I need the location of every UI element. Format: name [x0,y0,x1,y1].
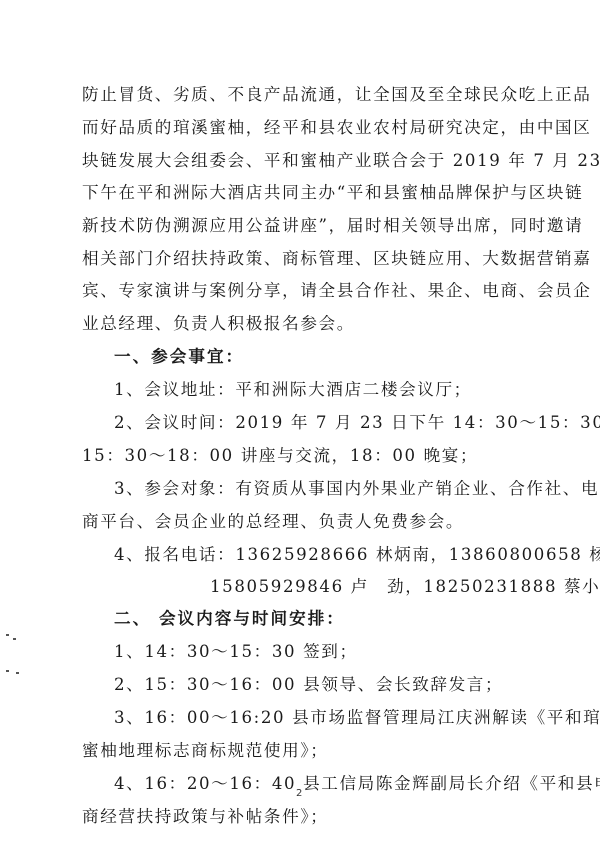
list-item-participants: 3、参会对象：有资质从事国内外果业产销企业、合作社、电 [114,478,586,500]
agenda-item-opening-speech: 2、15：30～16：00 县领导、会长致辞发言； [114,674,586,696]
paragraph-line: 块链发展大会组委会、平和蜜柚产业联合会于 2019 年 7 月 23 日 [82,150,554,172]
agenda-item-ecommerce-policy-continued: 商经营扶持政策与补帖条件》； [82,806,554,828]
list-item-participants-continued: 商平台、会员企业的总经理、负责人免费参会。 [82,511,554,533]
paragraph-line: 宾、专家演讲与案例分享，请全县合作社、果企、电商、会员企 [82,280,554,302]
paragraph-line: 防止冒货、劣质、不良产品流通，让全国及至全球民众吃上正品 [82,84,554,106]
paragraph-line: 相关部门介绍扶持政策、商标管理、区块链应用、大数据营销嘉 [82,248,554,270]
section-heading-agenda: 二、 会议内容与时间安排： [114,608,586,630]
scan-speck [16,672,19,674]
agenda-item-signin: 1、14：30～15：30 签到； [114,641,586,663]
list-item-registration-phone-continued: 15805929846 卢 劲，18250231888 蔡小河。 [210,576,600,598]
scan-speck [6,634,9,636]
list-item-time-continued: 15：30～18：00 讲座与交流，18：00 晚宴； [82,445,554,467]
paragraph-line: 业总经理、负责人积极报名参会。 [82,313,554,335]
paragraph-line: 而好品质的琯溪蜜柚，经平和县农业农村局研究决定，由中国区 [82,117,554,139]
paragraph-line: 新技术防伪溯源应用公益讲座”，届时相关领导出席，同时邀请 [82,215,554,237]
page-number: 2 [296,788,302,799]
paragraph-line: 下午在平和洲际大酒店共同主办“平和县蜜柚品牌保护与区块链 [82,182,554,204]
agenda-item-trademark-talk: 3、16：00～16:20 县市场监督管理局江庆洲解读《平和琯溪 [114,707,586,729]
agenda-item-ecommerce-policy: 4、16：20～16：40 县工信局陈金辉副局长介绍《平和县电 [114,773,586,795]
scan-speck [6,670,9,672]
agenda-item-trademark-talk-continued: 蜜柚地理标志商标规范使用》； [82,740,554,762]
document-page: 防止冒货、劣质、不良产品流通，让全国及至全球民众吃上正品 而好品质的琯溪蜜柚，经… [0,0,600,848]
list-item-registration-phone: 4、报名电话：13625928666 林炳南，13860800658 杨志峰， [114,544,586,566]
section-heading-attendance: 一、参会事宜： [114,346,586,368]
list-item-venue: 1、会议地址：平和洲际大酒店二楼会议厅； [114,379,586,401]
scan-speck [13,638,16,640]
list-item-time: 2、会议时间：2019 年 7 月 23 日下午 14：30～15：30 签到， [114,412,586,434]
